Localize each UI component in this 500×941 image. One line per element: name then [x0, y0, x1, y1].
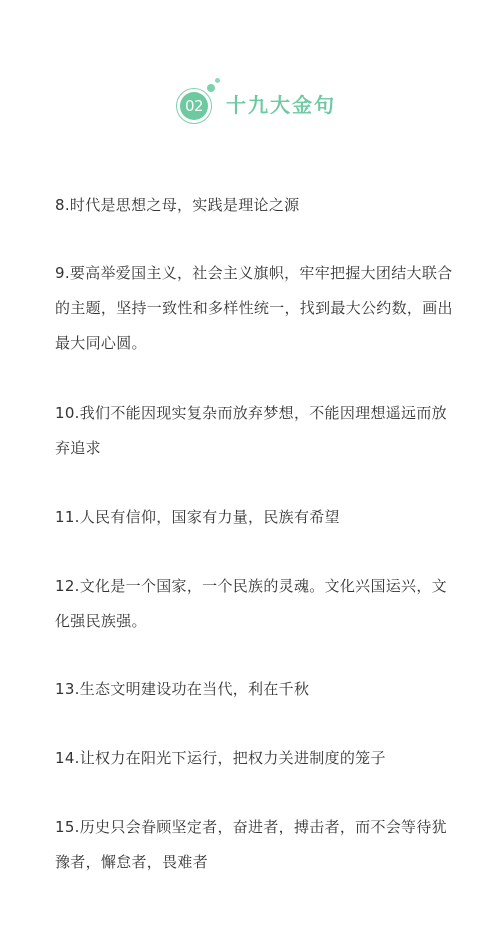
quote-item: 8.时代是思想之母，实践是理论之源 — [55, 188, 455, 223]
quote-item: 13.生态文明建设功在当代，利在千秋 — [55, 672, 455, 707]
badge-dot-icon — [207, 84, 215, 92]
badge-number: 02 — [180, 92, 208, 120]
quote-item: 15.历史只会眷顾坚定者，奋进者，搏击者，而不会等待犹豫者，懈怠者，畏难者 — [55, 810, 455, 880]
quote-item: 9.要高举爱国主义，社会主义旗帜，牢牢把握大团结大联合的主题，坚持一致性和多样性… — [55, 256, 455, 361]
quote-item: 12.文化是一个国家，一个民族的灵魂。文化兴国运兴，文化强民族强。 — [55, 569, 455, 639]
section-number-badge: 02 — [176, 82, 216, 122]
badge-dot-icon — [215, 78, 220, 83]
section-header: 02 十九大金句 — [0, 72, 500, 132]
section-title: 十九大金句 — [226, 89, 336, 118]
quote-item: 14.让权力在阳光下运行，把权力关进制度的笼子 — [55, 741, 455, 776]
quote-item: 11.人民有信仰，国家有力量，民族有希望 — [55, 500, 455, 535]
quote-item: 10.我们不能因现实复杂而放弃梦想，不能因理想遥远而放弃追求 — [55, 396, 455, 466]
